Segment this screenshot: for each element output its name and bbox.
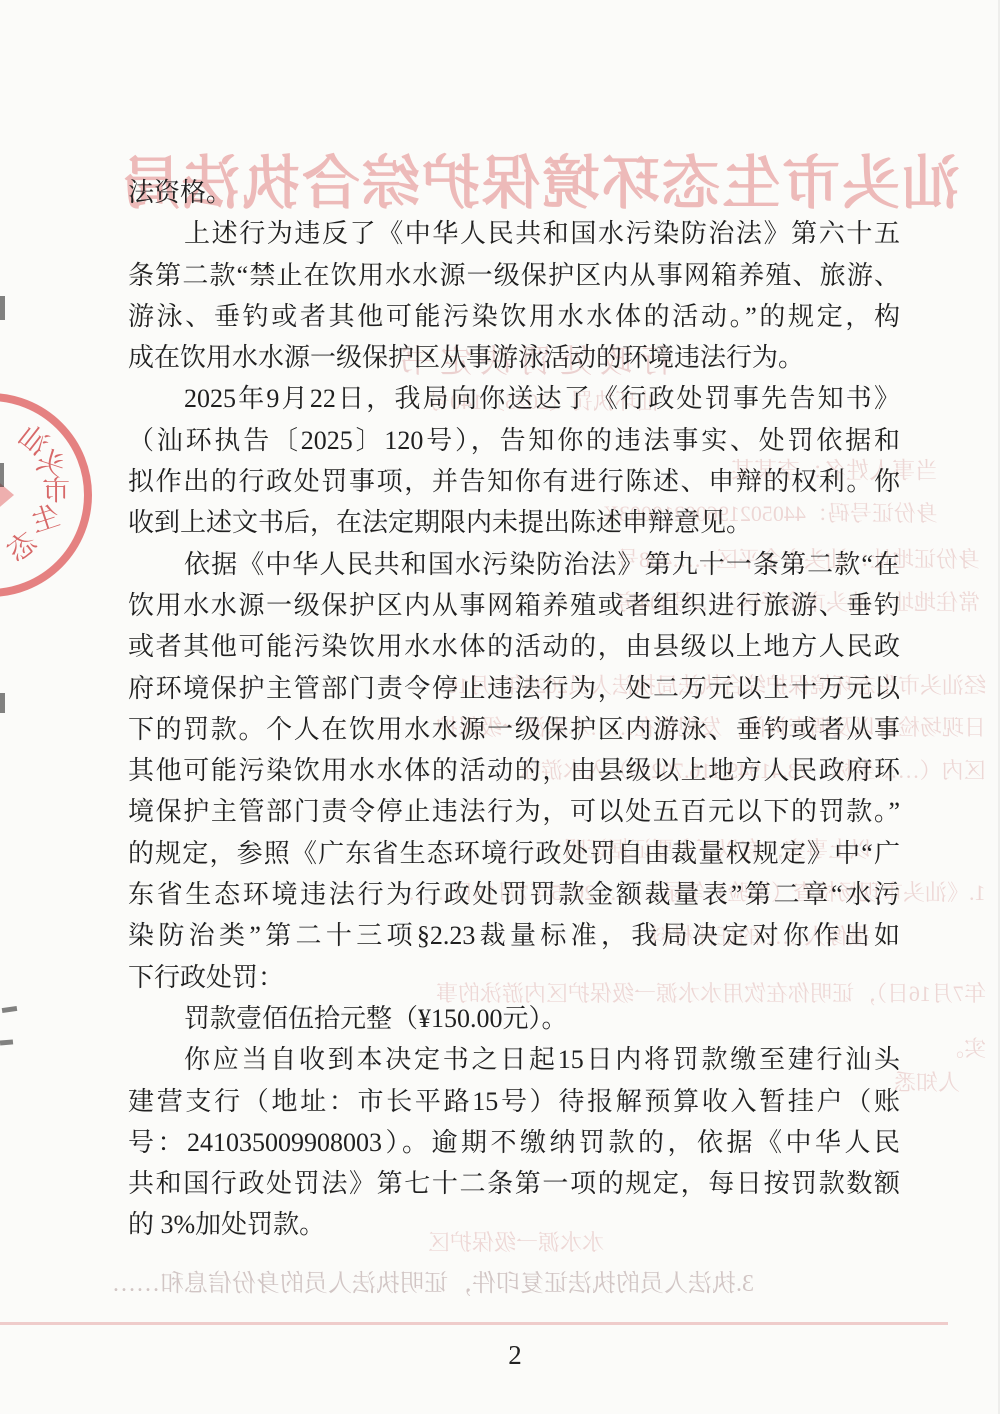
body-line penalty-amount-line: 罚款壹佰伍拾元整（¥150.00元）。 [128, 998, 900, 1039]
body-line: 游泳、垂钓或者其他可能污染饮用水水体的活动。”的规定，构 [128, 296, 900, 337]
body-line: 东省生态环境违法行为行政处罚罚款金额裁量表”第二章“水污 [128, 874, 900, 915]
body-line: 建营支行（地址：市长平路15号）待报解预算收入暂挂户（账 [128, 1081, 900, 1122]
scan-artifact [0, 463, 4, 487]
body-line: 上述行为违反了《中华人民共和国水污染防治法》第六十五 [128, 213, 900, 254]
body-line: 或者其他可能污染饮用水水体的活动的，由县级以上地方人民政 [128, 626, 900, 667]
body-line: 的 3%加处罚款。 [128, 1204, 900, 1245]
bleedthrough-line: 3.执法人员的执法证复印件，证明执法人员的身份信息和…… [112, 1263, 754, 1298]
body-line: 府环境保护主管部门责令停止违法行为，处二万元以上十万元以 [128, 668, 900, 709]
official-seal-bleed: 汕 头 市 生 态 [0, 360, 113, 610]
body-line: 成在饮用水水源一级保护区从事游泳活动的环境违法行为。 [128, 337, 900, 378]
body-line: 号：241035009908003）。逾期不缴纳罚款的，依据《中华人民 [128, 1122, 900, 1163]
bleedthrough-line: 实。 [942, 1032, 986, 1063]
body-line: 饮用水水源一级保护区内从事网箱养殖或者组织进行旅游、垂钓 [128, 585, 900, 626]
seal-char: 市 [42, 475, 70, 507]
body-line: 拟作出的行政处罚事项，并告知你有进行陈述、申辩的权利。你 [128, 461, 900, 502]
body-line: 依据《中华人民共和国水污染防治法》第九十一条第二款“在 [128, 544, 900, 585]
scan-artifact [0, 296, 5, 320]
page-number: 2 [0, 1340, 1000, 1371]
body-line: 染防治类”第二十三项§2.23裁量标准，我局决定对你作出如 [128, 915, 900, 956]
body-line: 下行政处罚： [128, 957, 900, 998]
body-text: 法资格。 上述行为违反了《中华人民共和国水污染防治法》第六十五 条第二款“禁止在… [128, 172, 900, 1246]
body-line: 下的罚款。个人在饮用水水源一级保护区内游泳、垂钓或者从事 [128, 709, 900, 750]
body-line: 条第二款“禁止在饮用水水源一级保护区内从事网箱养殖、旅游、 [128, 255, 900, 296]
scan-artifact [2, 1006, 18, 1013]
bleedthrough-footer-rule [0, 1322, 948, 1325]
body-line: （汕环执告〔2025〕120号），告知你的违法事实、处罚依据和 [128, 420, 900, 461]
body-line: 境保护主管部门责令停止违法行为，可以处五百元以下的罚款。” [128, 791, 900, 832]
body-line: 共和国行政处罚法》第七十二条第一项的规定，每日按罚款数额 [128, 1163, 900, 1204]
body-line: 的规定，参照《广东省生态环境行政处罚自由裁量权规定》中“广 [128, 833, 900, 874]
body-line: 其他可能污染饮用水水体的活动的，由县级以上地方人民政府环 [128, 750, 900, 791]
scan-artifact [0, 693, 5, 713]
body-line: 收到上述文书后，在法定期限内未提出陈述申辩意见。 [128, 502, 900, 543]
bleedthrough-line: 人知悉 [894, 1066, 960, 1097]
body-line: 法资格。 [128, 172, 900, 213]
body-line: 2025年9月22日，我局向你送达了《行政处罚事先告知书》 [128, 378, 900, 419]
scanned-penalty-decision-page: 汕头市生态环境保护综合执法局 汕 头 市 生 态 行政处罚决定书 汕环执罚〔20… [0, 0, 1000, 1414]
body-line: 你应当自收到本决定书之日起15日内将罚款缴至建行汕头 [128, 1039, 900, 1080]
scan-artifact [0, 1039, 13, 1045]
